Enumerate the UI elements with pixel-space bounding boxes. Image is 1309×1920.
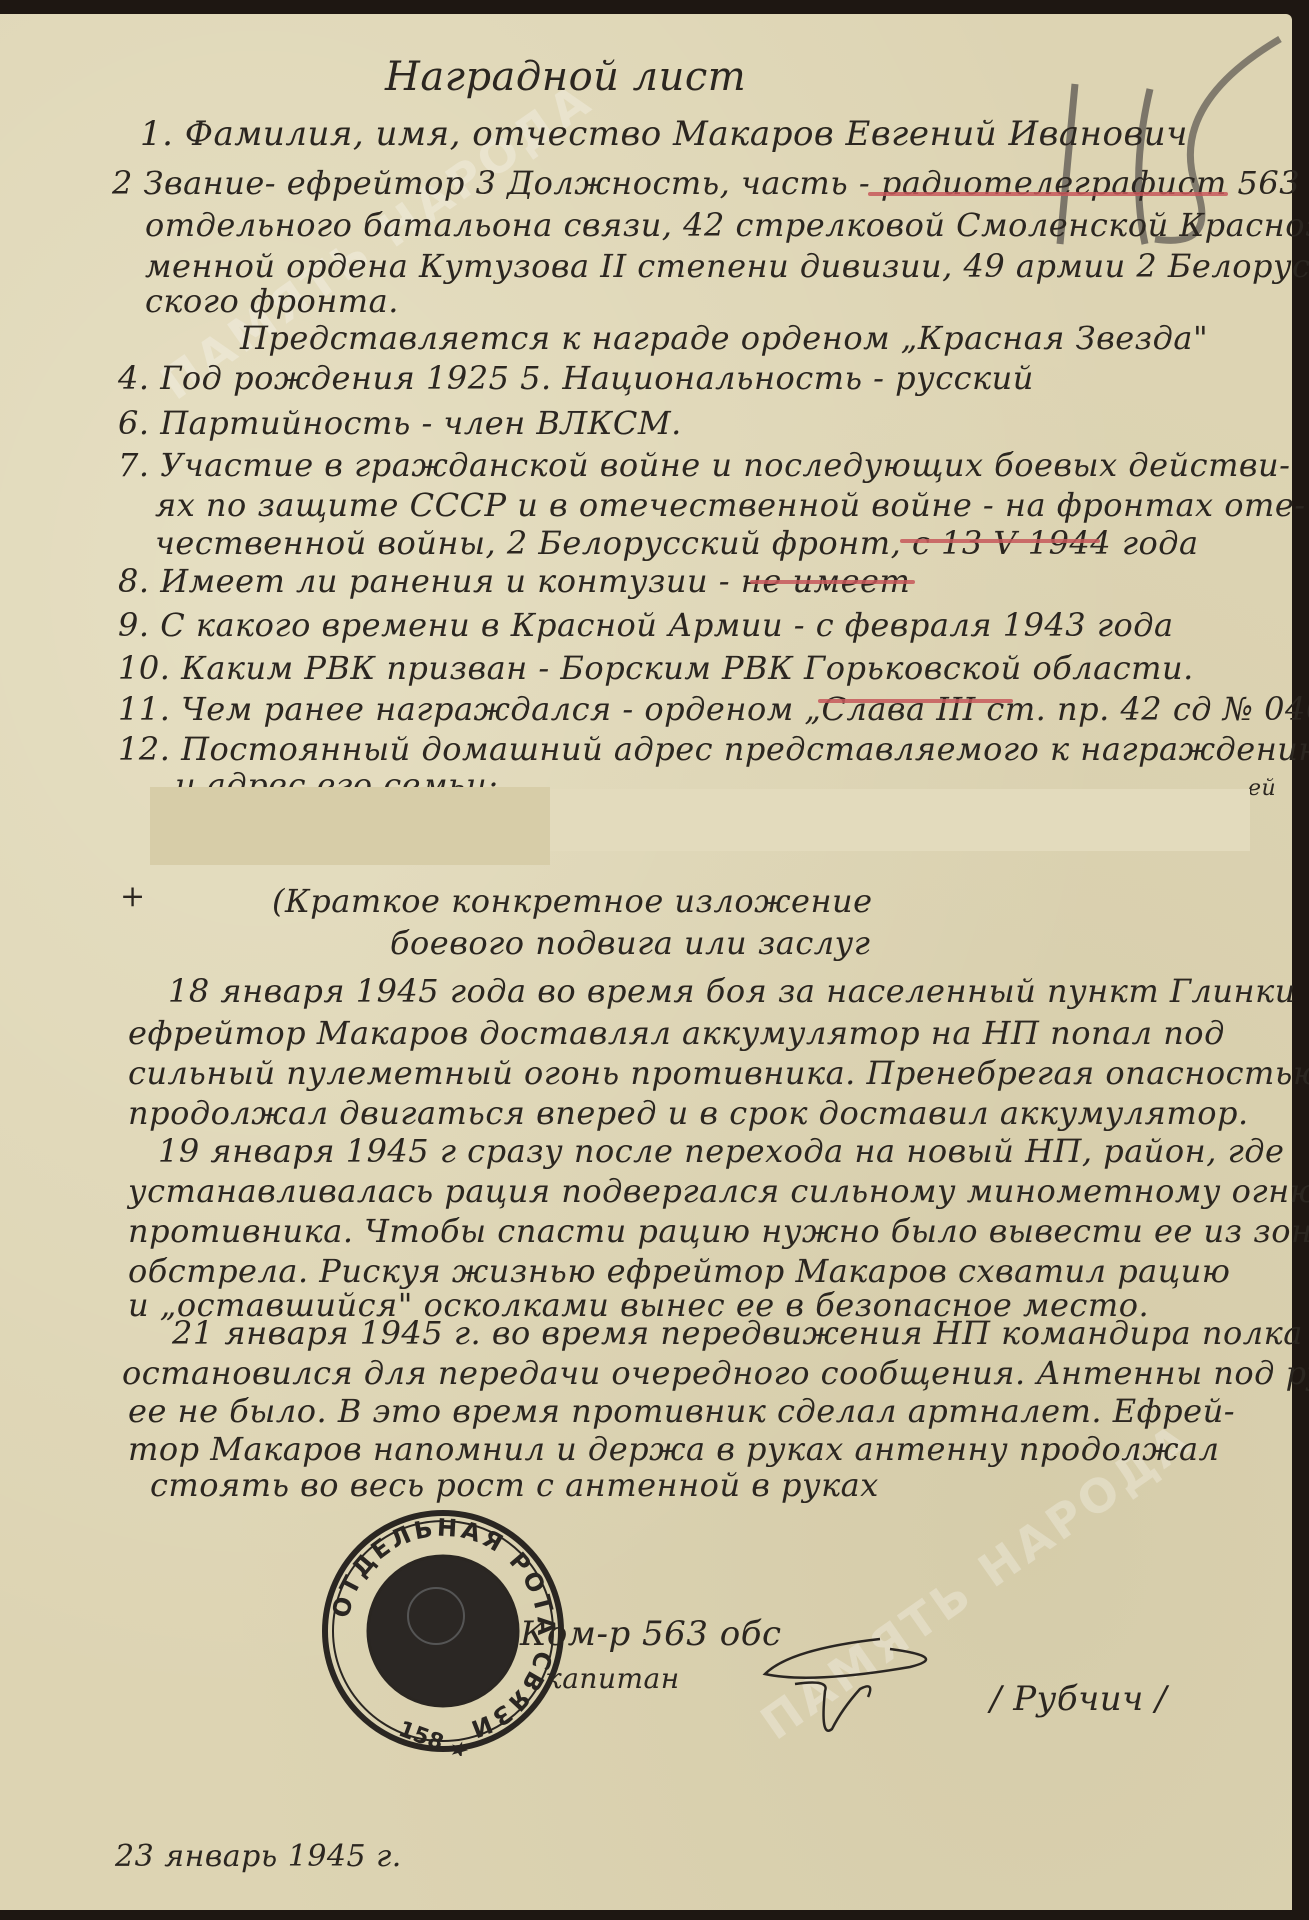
item-2-line-3: менной ордена Кутузова II степени дивизи… bbox=[145, 247, 1309, 285]
summary-heading-1: (Краткое конкретное изложение bbox=[272, 882, 873, 920]
redacted-area bbox=[550, 789, 1250, 851]
footer-date: 23 январь 1945 г. bbox=[115, 1839, 402, 1874]
item-11-previous-awards: 11. Чем ранее награждался - орденом „Сла… bbox=[118, 690, 1309, 728]
red-underline bbox=[868, 192, 1228, 196]
item-12-fragment: ей bbox=[1248, 776, 1276, 801]
signature-unit: Ком-р 563 обс bbox=[520, 1614, 782, 1654]
narrative-line: ефрейтор Макаров доставлял аккумулятор н… bbox=[128, 1014, 1225, 1052]
recommendation: Представляется к награде орденом „Красна… bbox=[240, 319, 1208, 357]
signature-name: / Рубчич / bbox=[990, 1679, 1167, 1719]
narrative-line: обстрела. Рискуя жизнью ефрейтор Макаров… bbox=[128, 1252, 1230, 1290]
item-7-line-2: ях по защите СССР и в отечественной войн… bbox=[155, 486, 1306, 524]
margin-mark: + bbox=[120, 879, 146, 914]
item-4-5-birth-nationality: 4. Год рождения 1925 5. Национальность -… bbox=[118, 359, 1034, 397]
summary-heading-2: боевого подвига или заслуг bbox=[390, 924, 870, 962]
item-12-address-label: 12. Постоянный домашний адрес представля… bbox=[118, 730, 1309, 768]
narrative-line: 19 января 1945 г сразу после перехода на… bbox=[158, 1132, 1284, 1170]
narrative-line: тор Макаров напомнил и держа в руках ант… bbox=[128, 1430, 1219, 1468]
narrative-line: продолжал двигаться вперед и в срок дост… bbox=[128, 1094, 1249, 1132]
narrative-line: устанавливалась рация подвергался сильно… bbox=[128, 1172, 1309, 1210]
item-7-line-1: 7. Участие в гражданской войне и последу… bbox=[118, 446, 1290, 484]
award-sheet-page: ПАМЯТЬ НАРОДА ПАМЯТЬ НАРОДА Наградной ли… bbox=[0, 14, 1292, 1910]
narrative-line: остановился для передачи очередного сооб… bbox=[122, 1354, 1309, 1392]
red-underline bbox=[750, 580, 915, 584]
signature-scribble bbox=[750, 1629, 950, 1744]
signature-rank: капитан bbox=[545, 1662, 680, 1695]
item-2-line-2: отдельного батальона связи, 42 стрелково… bbox=[145, 206, 1309, 244]
item-2-line-4: ского фронта. bbox=[145, 282, 399, 320]
item-1-name: 1. Фамилия, имя, отчество Макаров Евгени… bbox=[140, 114, 1188, 154]
red-underline bbox=[818, 699, 1013, 703]
narrative-line: 21 января 1945 г. во время передвижения … bbox=[172, 1314, 1303, 1352]
item-6-party: 6. Партийность - член ВЛКСМ. bbox=[118, 404, 682, 442]
redacted-area bbox=[150, 787, 550, 865]
red-underline bbox=[900, 539, 1100, 543]
narrative-line: ее не было. В это время противник сделал… bbox=[128, 1392, 1235, 1430]
narrative-line: стоять во весь рост с антенной в руках bbox=[150, 1466, 879, 1504]
narrative-line: сильный пулеметный огонь противника. Пре… bbox=[128, 1054, 1309, 1092]
item-9-service-since: 9. С какого времени в Красной Армии - с … bbox=[118, 606, 1174, 644]
item-10-draft-office: 10. Каким РВК призван - Борским РВК Горь… bbox=[118, 649, 1194, 687]
document-title: Наградной лист bbox=[385, 54, 746, 100]
narrative-line: противника. Чтобы спасти рацию нужно был… bbox=[128, 1212, 1309, 1250]
narrative-line: 18 января 1945 года во время боя за насе… bbox=[168, 972, 1296, 1010]
item-7-line-3: чественной войны, 2 Белорусский фронт, с… bbox=[155, 524, 1199, 562]
item-2-rank-position: 2 Звание- ефрейтор 3 Должность, часть - … bbox=[112, 164, 1300, 202]
svg-text:158 ★: 158 ★ bbox=[395, 1717, 472, 1756]
